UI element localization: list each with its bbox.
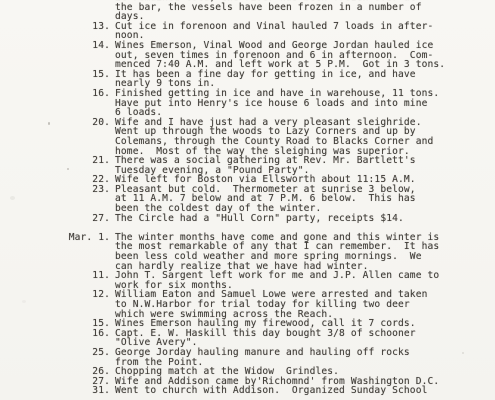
scan-blotch <box>10 196 15 200</box>
entry-number: 16. <box>0 89 110 99</box>
journal-line: 25. George Jorday hauling manure and hau… <box>0 348 495 358</box>
entry-number: 12. <box>0 290 110 300</box>
journal-line: 27. The Circle had a "Hull Corn" party, … <box>0 214 495 224</box>
entry-number: 13. <box>0 22 110 32</box>
entry-number <box>0 51 110 61</box>
entry-number <box>0 137 110 147</box>
entry-number <box>0 300 110 310</box>
scan-blotch <box>22 300 26 303</box>
entry-text: The Circle had a "Hull Corn" party, rece… <box>115 214 404 224</box>
journal-page: it remained cold, the river has been fro… <box>0 0 495 400</box>
entry-text: the bar, the vessels have been frozen in… <box>115 3 422 13</box>
entry-number <box>0 194 110 204</box>
scan-speck <box>48 122 50 125</box>
entry-number: 23. <box>0 185 110 195</box>
entry-number <box>0 127 110 137</box>
scan-speck <box>67 168 69 170</box>
entry-number: Mar. 1. <box>0 233 110 243</box>
entry-number <box>0 99 110 109</box>
entry-number: 20. <box>0 118 110 128</box>
entry-text: Cut ice in forenoon and Vinal hauled 7 l… <box>115 22 433 32</box>
journal-line: 31. Went to church with Addison. Organiz… <box>0 386 495 396</box>
entry-number <box>0 3 110 13</box>
entry-number: 14. <box>0 41 110 51</box>
entry-number: 27. <box>0 214 110 224</box>
entry-number: 31. <box>0 386 110 396</box>
journal-line: Have put into Henry's ice house 6 loads … <box>0 99 495 109</box>
journal-text-block: it remained cold, the river has been fro… <box>0 0 495 396</box>
entry-text: Went to church with Addison. Organized S… <box>115 386 427 396</box>
entry-number: 15. <box>0 70 110 80</box>
journal-line: 15. It has been a fine day for getting i… <box>0 70 495 80</box>
scan-speck <box>462 352 464 354</box>
journal-line: 16. Capt. E. W. Haskill this day bought … <box>0 329 495 339</box>
entry-number <box>0 252 110 262</box>
journal-line: 13. Cut ice in forenoon and Vinal hauled… <box>0 22 495 32</box>
entry-number: 11. <box>0 271 110 281</box>
journal-line: 11. John T. Sargent left work for me and… <box>0 271 495 281</box>
entry-number <box>0 242 110 252</box>
entry-number: 25. <box>0 348 110 358</box>
entry-number: 21. <box>0 156 110 166</box>
entry-number: 16. <box>0 329 110 339</box>
journal-line: the bar, the vessels have been frozen in… <box>0 3 495 13</box>
